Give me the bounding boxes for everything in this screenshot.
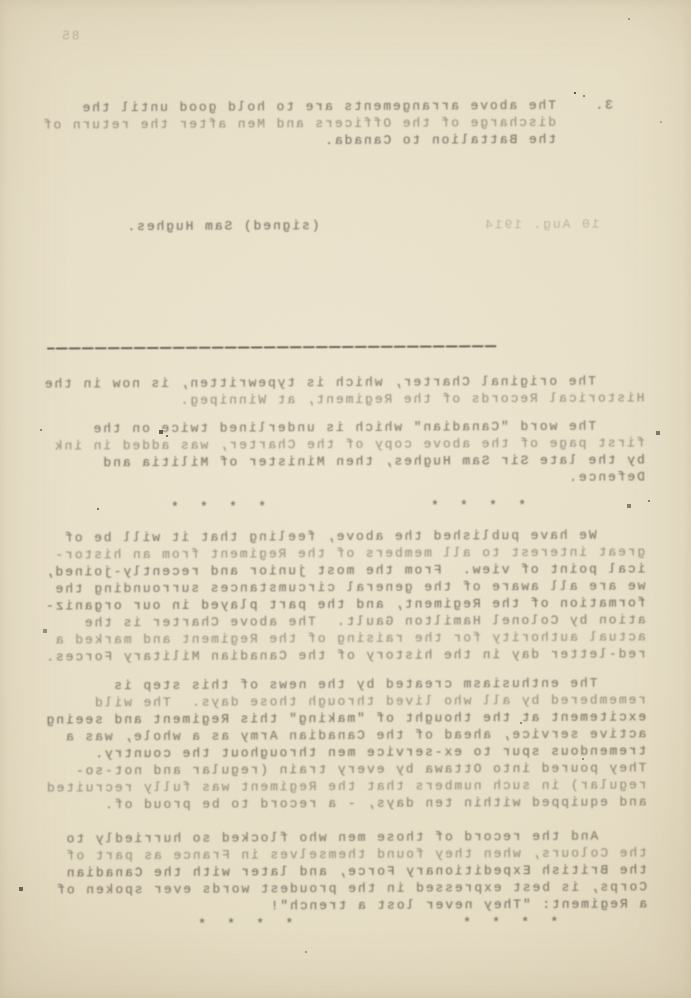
paragraph-record-of-men: And the record of those men who flocked …: [55, 827, 647, 915]
text-line: Corps, is best expressed in the proudest…: [55, 878, 647, 898]
text-line: red-letter day in the history of the Can…: [44, 645, 646, 665]
asterisk-separator: * * * *: [461, 914, 558, 932]
text-line: remembered by all who lived through thos…: [45, 691, 647, 711]
text-line: and equipped within ten days, - a record…: [45, 793, 647, 813]
clause-text: The above arrangements are to hold good …: [42, 97, 556, 151]
text-line: first page of the above copy of the Char…: [53, 434, 645, 454]
text-line: active service, ahead of the Canadian Ar…: [45, 725, 647, 745]
scanned-page: 85 3. The above arrangements are to hold…: [0, 0, 691, 998]
text-line: we are all aware of the general circumst…: [44, 577, 646, 597]
text-line: Defence.: [53, 468, 645, 488]
asterisk-separator: * * * *: [169, 498, 266, 516]
paragraph-enthusiasm: The enthusiasm created by the news of th…: [44, 674, 646, 813]
text-line: discharge of the Officers and Men after …: [42, 114, 556, 134]
asterisk-separator: * * * *: [196, 915, 293, 933]
paragraph-we-have-published: We have published the above, feeling tha…: [44, 526, 646, 665]
text-line: Historical Records of the Regiment, at W…: [43, 389, 645, 409]
bleedthrough-text-layer: 85 3. The above arrangements are to hold…: [0, 0, 691, 998]
text-line: a Regiment: "They never lost a trench"!: [55, 895, 647, 915]
signature: (signed) Sam Hughes.: [125, 217, 319, 235]
clause-number: 3.: [593, 97, 612, 114]
text-line: the Battalion to Canada.: [42, 131, 556, 151]
note-word-canadian: The word "Canadian" which is underlined …: [53, 417, 645, 488]
date: 10 Aug. 1914: [483, 216, 600, 234]
note-original-charter: The original Charter, which is typewritt…: [43, 372, 645, 409]
text-line: great interest to all members of the Reg…: [44, 543, 646, 563]
text-line: the Colours, when they found themselves …: [55, 844, 647, 864]
divider-rule: [47, 345, 496, 349]
asterisk-separator: * * * *: [429, 497, 526, 515]
page-number: 85: [60, 27, 79, 44]
